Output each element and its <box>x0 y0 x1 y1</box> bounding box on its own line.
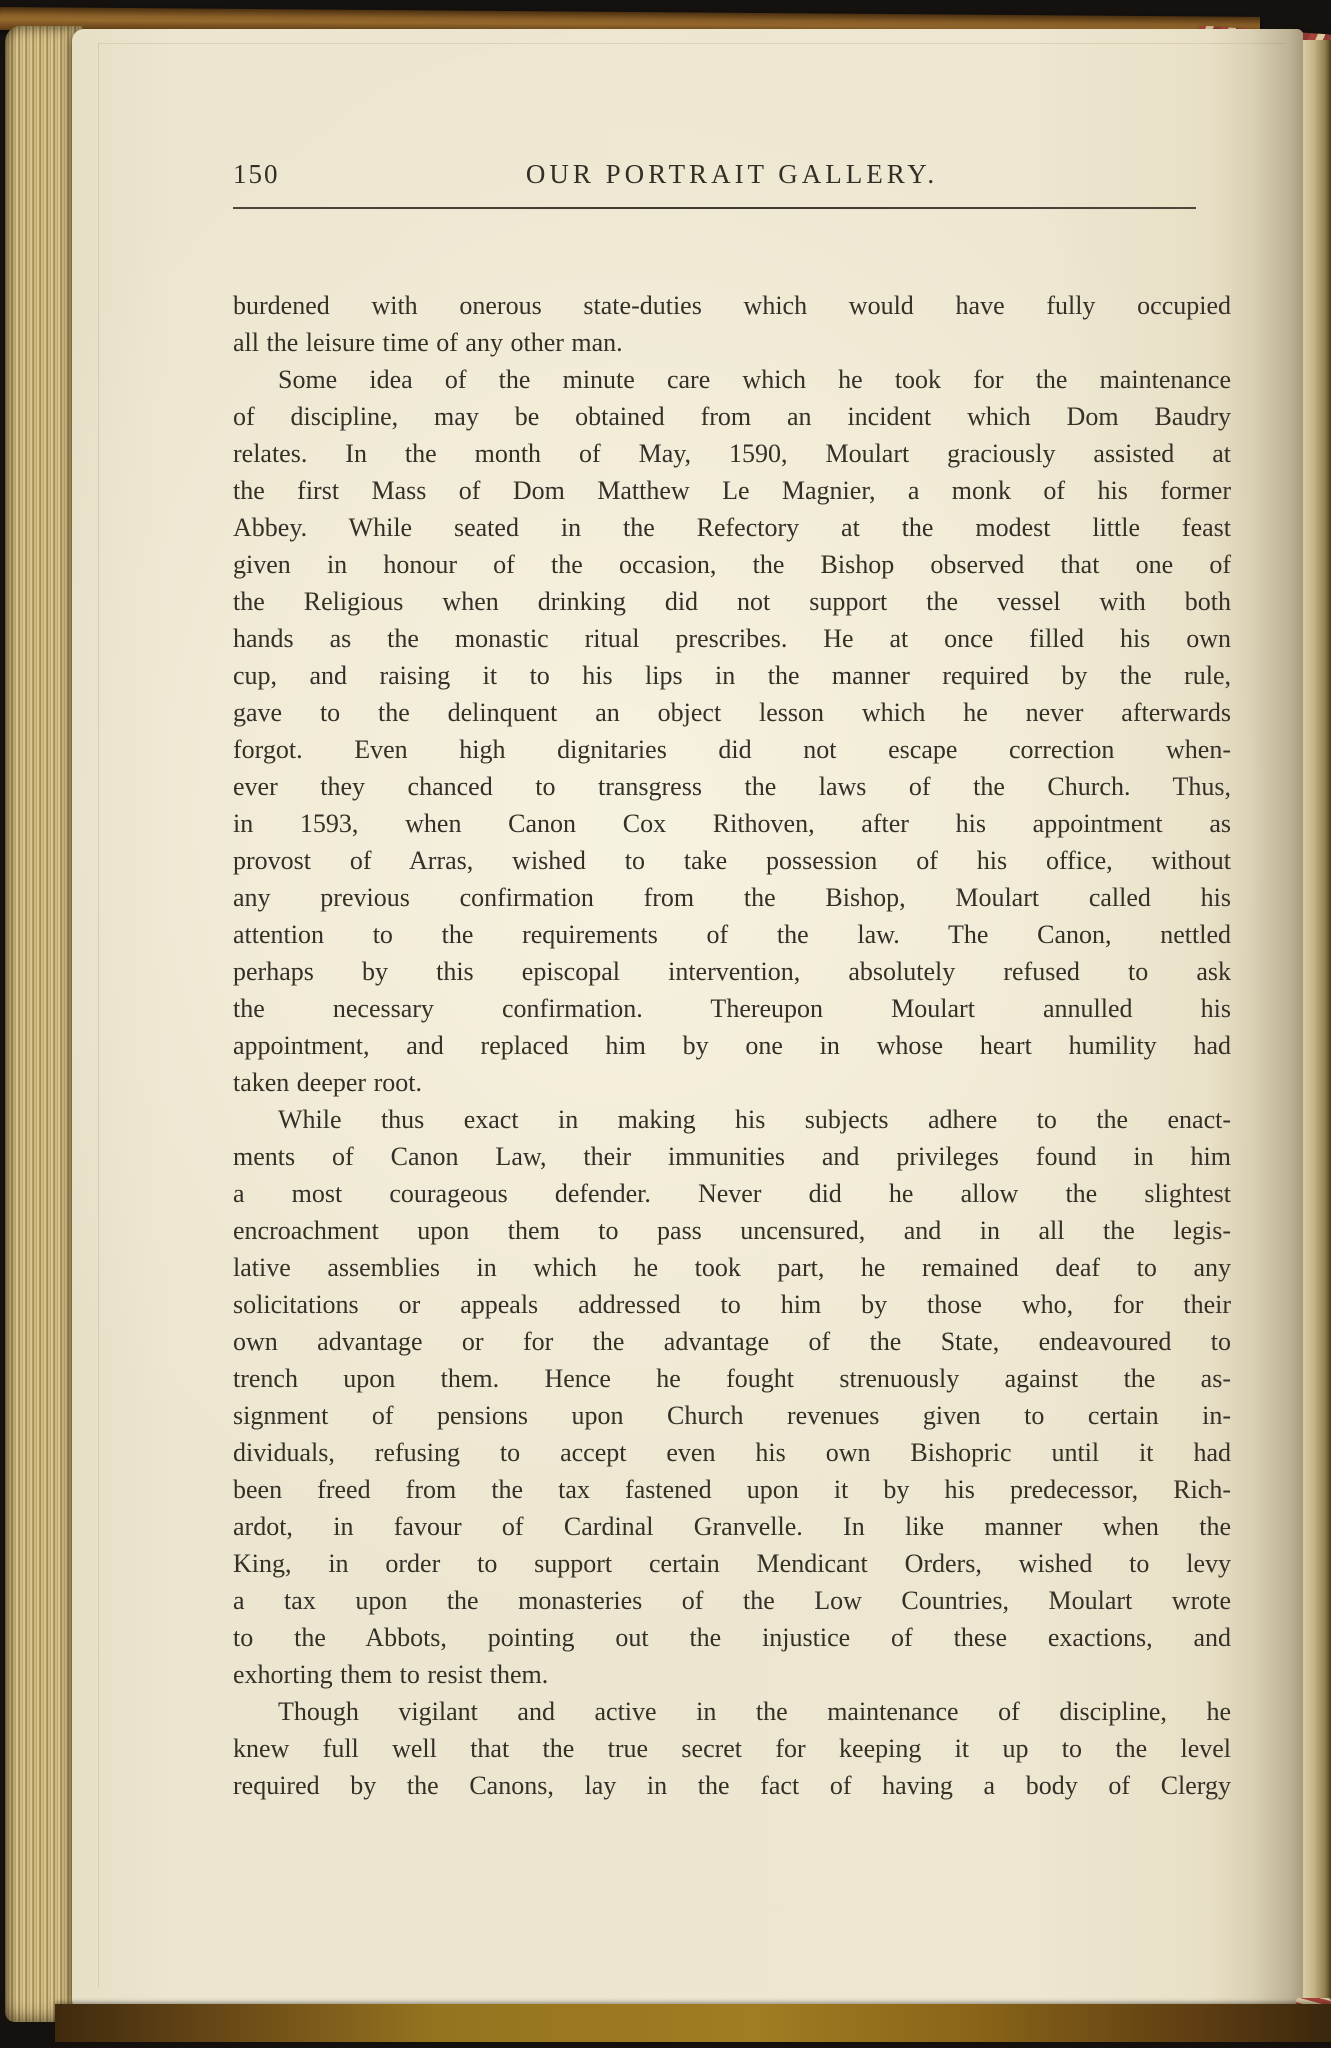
text-line: of discipline, may be obtained from an i… <box>233 398 1231 435</box>
text-line: burdened with onerous state-duties which… <box>233 287 1231 324</box>
text-line: encroachment upon them to pass uncensure… <box>233 1212 1231 1249</box>
text-line: been freed from the tax fastened upon it… <box>233 1471 1231 1508</box>
adjacent-page-edge <box>1303 40 1331 2005</box>
paragraph: burdened with onerous state-duties which… <box>233 287 1231 361</box>
text-line: hands as the monastic ritual prescribes.… <box>233 620 1231 657</box>
text-line: While thus exact in making his subjects … <box>233 1101 1231 1138</box>
text-line: relates. In the month of May, 1590, Moul… <box>233 435 1231 472</box>
text-line: perhaps by this episcopal intervention, … <box>233 953 1231 990</box>
text-line: in 1593, when Canon Cox Rithoven, after … <box>233 805 1231 842</box>
text-line: the first Mass of Dom Matthew Le Magnier… <box>233 472 1231 509</box>
text-line: the Religious when drinking did not supp… <box>233 583 1231 620</box>
text-line: to the Abbots, pointing out the injustic… <box>233 1619 1231 1656</box>
text-line: knew full well that the true secret for … <box>233 1730 1231 1767</box>
text-line: a tax upon the monasteries of the Low Co… <box>233 1582 1231 1619</box>
text-line: ever they chanced to transgress the laws… <box>233 768 1231 805</box>
text-line: any previous confirmation from the Bisho… <box>233 879 1231 916</box>
header-rule <box>233 207 1196 209</box>
text-line: the necessary confirmation. Thereupon Mo… <box>233 990 1231 1027</box>
paragraph: Though vigilant and active in the mainte… <box>233 1693 1231 1804</box>
text-line: Abbey. While seated in the Refectory at … <box>233 509 1231 546</box>
page-content: 150 OUR PORTRAIT GALLERY. burdened with … <box>72 29 1303 2010</box>
text-line: provost of Arras, wished to take possess… <box>233 842 1231 879</box>
paragraph: Some idea of the minute care which he to… <box>233 361 1231 1101</box>
page-body: burdened with onerous state-duties which… <box>233 287 1231 1804</box>
text-line: all the leisure time of any other man. <box>233 324 1231 361</box>
text-line: signment of pensions upon Church revenue… <box>233 1397 1231 1434</box>
page-number: 150 <box>233 159 280 190</box>
text-line: taken deeper root. <box>233 1064 1231 1101</box>
text-line: Some idea of the minute care which he to… <box>233 361 1231 398</box>
text-line: King, in order to support certain Mendic… <box>233 1545 1231 1582</box>
text-line: required by the Canons, lay in the fact … <box>233 1767 1231 1804</box>
text-line: a most courageous defender. Never did he… <box>233 1175 1231 1212</box>
text-line: given in honour of the occasion, the Bis… <box>233 546 1231 583</box>
text-line: solicitations or appeals addressed to hi… <box>233 1286 1231 1323</box>
text-line: ments of Canon Law, their immunities and… <box>233 1138 1231 1175</box>
text-line: lative assemblies in which he took part,… <box>233 1249 1231 1286</box>
text-line: dividuals, refusing to accept even his o… <box>233 1434 1231 1471</box>
text-line: gave to the delinquent an object lesson … <box>233 694 1231 731</box>
book-page: 150 OUR PORTRAIT GALLERY. burdened with … <box>72 29 1303 2010</box>
text-line: cup, and raising it to his lips in the m… <box>233 657 1231 694</box>
text-line: attention to the requirements of the law… <box>233 916 1231 953</box>
text-line: appointment, and replaced him by one in … <box>233 1027 1231 1064</box>
text-line: Though vigilant and active in the mainte… <box>233 1693 1231 1730</box>
page-header: 150 OUR PORTRAIT GALLERY. <box>233 157 1231 193</box>
book-photo: 150 OUR PORTRAIT GALLERY. burdened with … <box>0 0 1331 2048</box>
paragraph: While thus exact in making his subjects … <box>233 1101 1231 1693</box>
text-line: ardot, in favour of Cardinal Granvelle. … <box>233 1508 1231 1545</box>
text-line: own advantage or for the advantage of th… <box>233 1323 1231 1360</box>
book-board-bottom-edge <box>55 2004 1331 2042</box>
text-line: forgot. Even high dignitaries did not es… <box>233 731 1231 768</box>
text-line: exhorting them to resist them. <box>233 1656 1231 1693</box>
running-header: OUR PORTRAIT GALLERY. <box>233 157 1231 190</box>
text-line: trench upon them. Hence he fought strenu… <box>233 1360 1231 1397</box>
